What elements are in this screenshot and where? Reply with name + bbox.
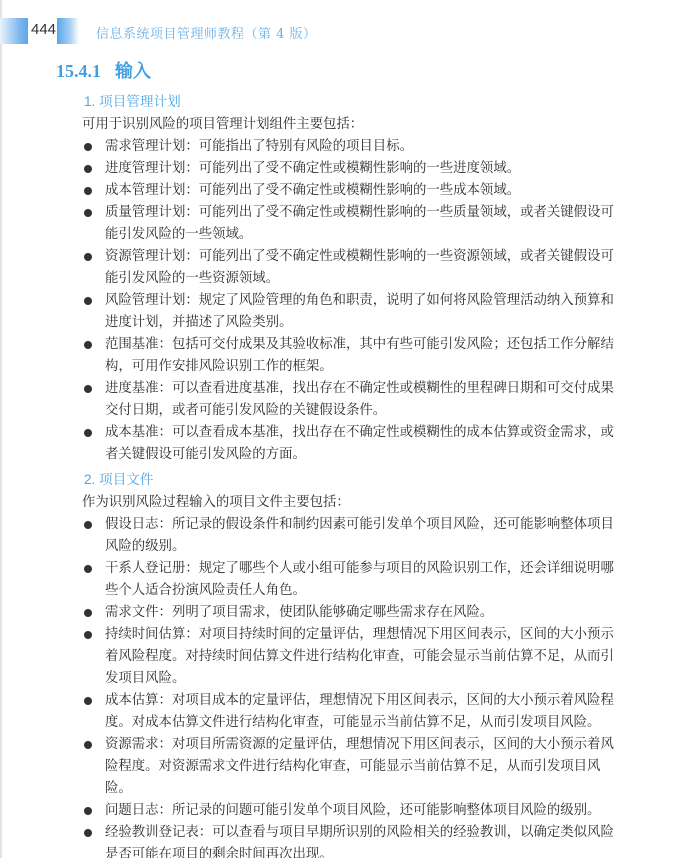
bullet-icon	[84, 253, 92, 261]
list-item: 质量管理计划：可能列出了受不确定性或模糊性影响的一些质量领域，或者关键假设可能引…	[82, 202, 622, 246]
list-item-text: 持续时间估算：对项目持续时间的定量评估，理想情况下用区间表示，区间的大小预示着风…	[105, 627, 614, 686]
bullet-icon	[84, 143, 92, 151]
header-decoration-right	[57, 18, 79, 44]
bullet-icon	[84, 697, 92, 705]
bullet-icon	[84, 385, 92, 393]
list-item: 问题日志：所记录的问题可能引发单个项目风险，还可能影响整体项目风险的级别。	[82, 800, 622, 822]
subsection-project-documents: 2. 项目文件 作为识别风险过程输入的项目文件主要包括： 假设日志：所记录的假设…	[82, 468, 622, 858]
header-decoration-left	[0, 18, 28, 44]
list-item-text: 需求管理计划：可能指出了特别有风险的项目目标。	[105, 139, 413, 154]
subsection-intro: 作为识别风险过程输入的项目文件主要包括：	[82, 492, 622, 514]
list-item-text: 成本管理计划：可能列出了受不确定性或模糊性影响的一些成本领域。	[105, 183, 520, 198]
list-item-text: 干系人登记册：规定了哪些个人或小组可能参与项目的风险识别工作，还会详细说明哪些个…	[105, 561, 614, 598]
list-item-text: 成本估算：对项目成本的定量评估，理想情况下用区间表示，区间的大小预示着风险程度。…	[105, 693, 614, 730]
section-title: 输入	[115, 61, 151, 82]
bullet-icon	[84, 521, 92, 529]
section-number: 15.4.1	[56, 61, 101, 81]
subsection-heading: 1. 项目管理计划	[84, 90, 622, 114]
list-item-text: 进度基准：可以查看进度基准，找出存在不确定性或模糊性的里程碑日期和可交付成果交付…	[105, 381, 614, 418]
subsection-project-management-plan: 1. 项目管理计划 可用于识别风险的项目管理计划组件主要包括： 需求管理计划：可…	[82, 90, 622, 466]
list-item: 经验教训登记表：可以查看与项目早期所识别的风险相关的经验教训，以确定类似风险是否…	[82, 822, 622, 858]
section-heading: 15.4.1输入	[56, 57, 151, 83]
list-item: 进度基准：可以查看进度基准，找出存在不确定性或模糊性的里程碑日期和可交付成果交付…	[82, 378, 622, 422]
bullet-icon	[84, 429, 92, 437]
bullet-list: 需求管理计划：可能指出了特别有风险的项目目标。 进度管理计划：可能列出了受不确定…	[82, 136, 622, 466]
bullet-icon	[84, 609, 92, 617]
bullet-icon	[84, 187, 92, 195]
bullet-icon	[84, 565, 92, 573]
bullet-icon	[84, 829, 92, 837]
list-item: 风险管理计划：规定了风险管理的角色和职责，说明了如何将风险管理活动纳入预算和进度…	[82, 290, 622, 334]
bullet-icon	[84, 297, 92, 305]
bullet-icon	[84, 631, 92, 639]
bullet-list: 假设日志：所记录的假设条件和制约因素可能引发单个项目风险，还可能影响整体项目风险…	[82, 514, 622, 858]
list-item-text: 需求文件：列明了项目需求，使团队能够确定哪些需求存在风险。	[105, 605, 493, 620]
list-item-text: 假设日志：所记录的假设条件和制约因素可能引发单个项目风险，还可能影响整体项目风险…	[105, 517, 614, 554]
subsection-heading: 2. 项目文件	[84, 468, 622, 492]
bullet-icon	[84, 741, 92, 749]
book-title: 信息系统项目管理师教程（第 4 版）	[96, 23, 317, 42]
list-item: 范围基准：包括可交付成果及其验收标准，其中有些可能引发风险；还包括工作分解结构，…	[82, 334, 622, 378]
bullet-icon	[84, 807, 92, 815]
list-item-text: 经验教训登记表：可以查看与项目早期所识别的风险相关的经验教训，以确定类似风险是否…	[105, 825, 614, 858]
page-edge-shadow	[0, 0, 3, 858]
list-item-text: 成本基准：可以查看成本基准，找出存在不确定性或模糊性的成本估算或资金需求，或者关…	[105, 425, 614, 462]
list-item: 需求文件：列明了项目需求，使团队能够确定哪些需求存在风险。	[82, 602, 622, 624]
list-item: 成本基准：可以查看成本基准，找出存在不确定性或模糊性的成本估算或资金需求，或者关…	[82, 422, 622, 466]
list-item: 假设日志：所记录的假设条件和制约因素可能引发单个项目风险，还可能影响整体项目风险…	[82, 514, 622, 558]
bullet-icon	[84, 165, 92, 173]
list-item: 成本管理计划：可能列出了受不确定性或模糊性影响的一些成本领域。	[82, 180, 622, 202]
bullet-icon	[84, 341, 92, 349]
list-item-text: 范围基准：包括可交付成果及其验收标准，其中有些可能引发风险；还包括工作分解结构，…	[105, 337, 614, 374]
list-item-text: 资源需求：对项目所需资源的定量评估，理想情况下用区间表示，区间的大小预示着风险程…	[105, 737, 614, 796]
list-item: 资源管理计划：可能列出了受不确定性或模糊性影响的一些资源领域，或者关键假设可能引…	[82, 246, 622, 290]
subsection-intro: 可用于识别风险的项目管理计划组件主要包括：	[82, 114, 622, 136]
list-item-text: 风险管理计划：规定了风险管理的角色和职责，说明了如何将风险管理活动纳入预算和进度…	[105, 293, 614, 330]
list-item: 成本估算：对项目成本的定量评估，理想情况下用区间表示，区间的大小预示着风险程度。…	[82, 690, 622, 734]
bullet-icon	[84, 209, 92, 217]
list-item-text: 问题日志：所记录的问题可能引发单个项目风险，还可能影响整体项目风险的级别。	[105, 803, 600, 818]
page-number: 444	[31, 21, 56, 38]
list-item: 干系人登记册：规定了哪些个人或小组可能参与项目的风险识别工作，还会详细说明哪些个…	[82, 558, 622, 602]
list-item: 资源需求：对项目所需资源的定量评估，理想情况下用区间表示，区间的大小预示着风险程…	[82, 734, 622, 800]
page-header: 444 信息系统项目管理师教程（第 4 版）	[0, 18, 690, 44]
list-item-text: 资源管理计划：可能列出了受不确定性或模糊性影响的一些资源领域，或者关键假设可能引…	[105, 249, 614, 286]
list-item: 需求管理计划：可能指出了特别有风险的项目目标。	[82, 136, 622, 158]
list-item-text: 进度管理计划：可能列出了受不确定性或模糊性影响的一些进度领域。	[105, 161, 520, 176]
list-item: 持续时间估算：对项目持续时间的定量评估，理想情况下用区间表示，区间的大小预示着风…	[82, 624, 622, 690]
page-body: 1. 项目管理计划 可用于识别风险的项目管理计划组件主要包括： 需求管理计划：可…	[82, 90, 622, 858]
list-item: 进度管理计划：可能列出了受不确定性或模糊性影响的一些进度领域。	[82, 158, 622, 180]
list-item-text: 质量管理计划：可能列出了受不确定性或模糊性影响的一些质量领域，或者关键假设可能引…	[105, 205, 614, 242]
